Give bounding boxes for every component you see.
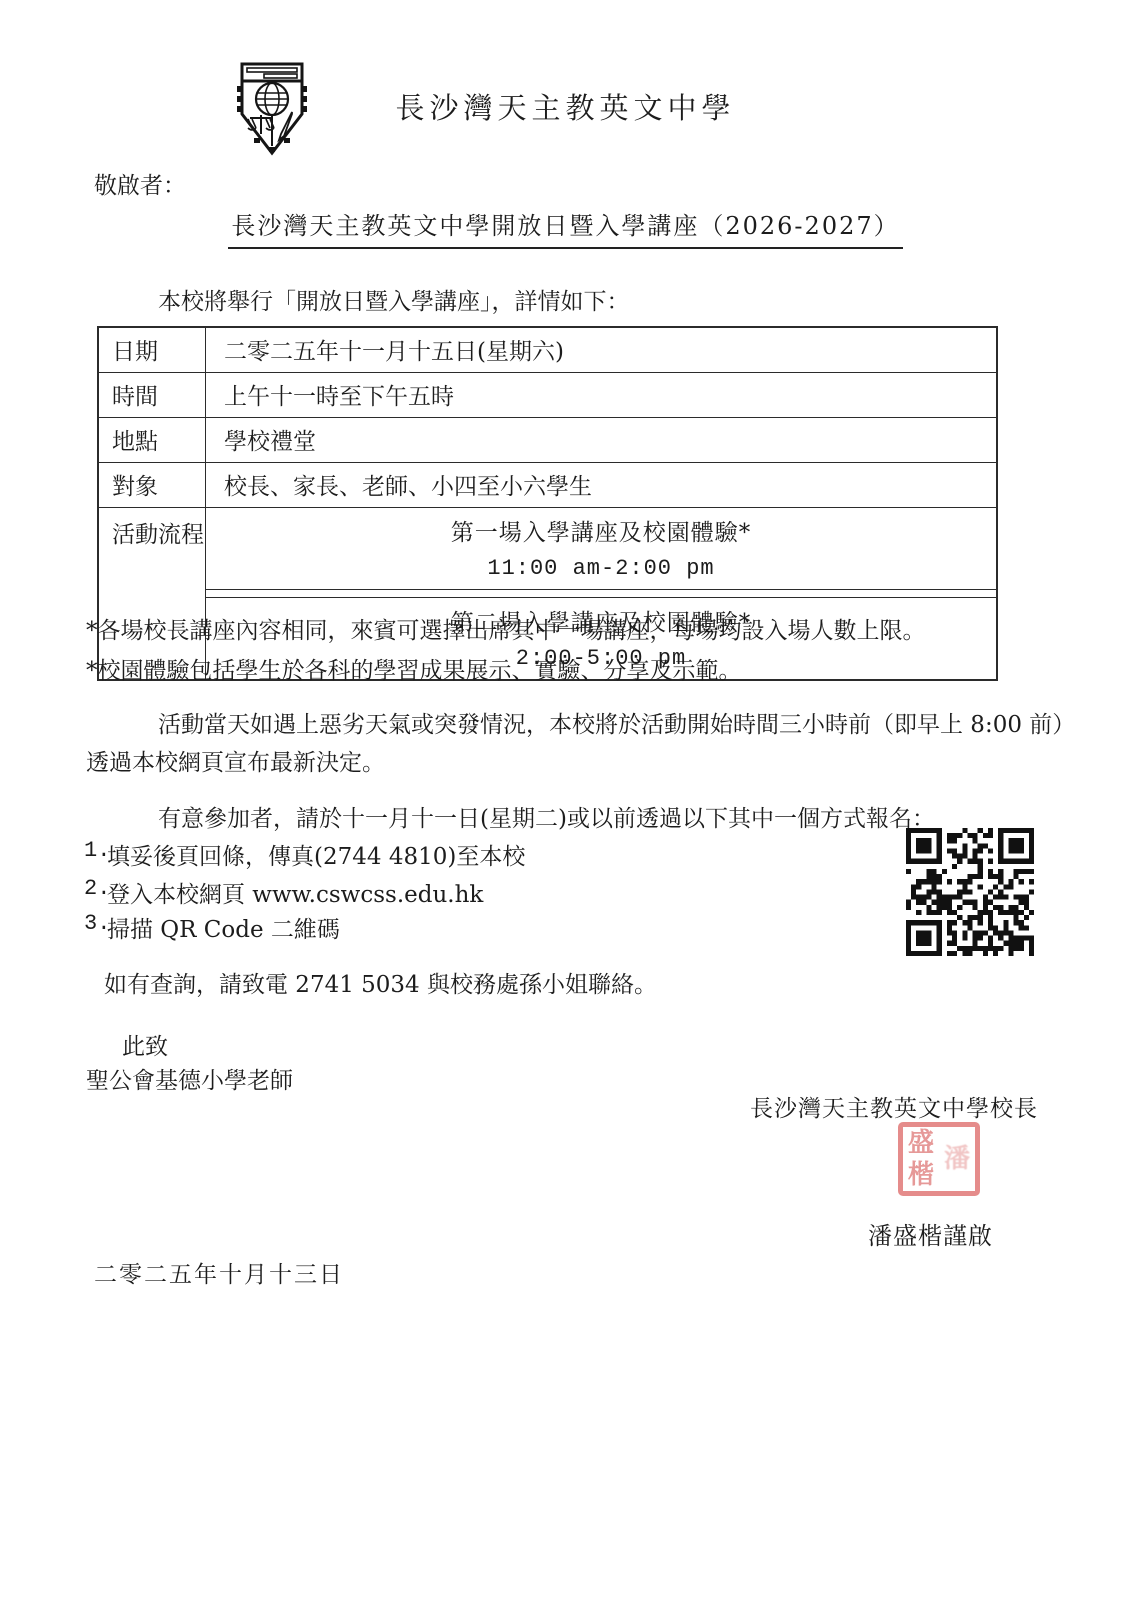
letter-title-text: 長沙灣天主教英文中學開放日暨入學講座（2026-2027）: [228, 206, 902, 249]
footnote-experience: *校園體驗包括學生於各科的學習成果展示、實驗、分享及示範。: [86, 652, 742, 685]
session-1: 第一場入學講座及校園體驗* 11:00 am-2:00 pm: [206, 508, 996, 589]
registration-method-1: 1. 填妥後頁回條，傳真(2744 4810)至本校: [84, 838, 525, 871]
registration-method-2: 2. 登入本校網頁 www.cswcss.edu.hk: [84, 876, 483, 909]
row-value: 上午十一時至下午五時: [206, 373, 996, 417]
letter-page: 長沙灣天主教英文中學 敬啟者： 長沙灣天主教英文中學開放日暨入學講座（2026-…: [0, 0, 1131, 1600]
table-row: 地點 學校禮堂: [99, 418, 996, 463]
method-number: 3.: [84, 911, 107, 944]
row-value: 學校禮堂: [206, 418, 996, 462]
method-text: 掃描 QR Code 二維碼: [107, 911, 340, 944]
letter-date: 二零二五年十月十三日: [94, 1256, 344, 1289]
row-label: 日期: [99, 328, 206, 372]
closing-cizhi: 此致: [122, 1028, 168, 1061]
footnote-talk: *各場校長講座內容相同，來賓可選擇出席其中一場講座，每場均設入場人數上限。: [86, 612, 926, 645]
row-value: 二零二五年十一月十五日(星期六): [206, 328, 996, 372]
method-text: 填妥後頁回條，傳真(2744 4810)至本校: [107, 838, 525, 871]
signer-name: 潘盛楷謹啟: [868, 1216, 993, 1251]
weather-notice-line1: 活動當天如遇上惡劣天氣或突發情況，本校將於活動開始時間三小時前（即早上 8:00…: [158, 706, 1075, 739]
enquiry-line: 如有查詢，請致電 2741 5034 與校務處孫小姐聯絡。: [104, 966, 657, 999]
stamp-char: 盛: [908, 1130, 934, 1156]
table-row: 時間 上午十一時至下午五時: [99, 373, 996, 418]
letter-title: 長沙灣天主教英文中學開放日暨入學講座（2026-2027）: [0, 206, 1131, 249]
qr-code: [906, 828, 1034, 956]
stamp-char: 潘: [944, 1146, 970, 1172]
signer-title: 長沙灣天主教英文中學校長: [750, 1090, 1038, 1123]
row-label: 對象: [99, 463, 206, 507]
school-name: 長沙灣天主教英文中學: [0, 86, 1131, 127]
registration-method-3: 3. 掃描 QR Code 二維碼: [84, 911, 340, 944]
method-number: 1.: [84, 838, 107, 871]
closing-recipient: 聖公會基德小學老師: [86, 1062, 293, 1095]
row-label: 地點: [99, 418, 206, 462]
principal-seal-stamp: 潘 盛 楷: [898, 1122, 980, 1196]
row-label: 時間: [99, 373, 206, 417]
salutation: 敬啟者：: [94, 167, 186, 200]
session-name: 第一場入學講座及校園體驗*: [206, 514, 996, 547]
row-value: 校長、家長、老師、小四至小六學生: [206, 463, 996, 507]
table-row: 日期 二零二五年十一月十五日(星期六): [99, 328, 996, 373]
method-text: 登入本校網頁 www.cswcss.edu.hk: [107, 876, 483, 909]
session-time: 11:00 am-2:00 pm: [206, 556, 996, 581]
session-divider: [206, 589, 996, 598]
table-row: 對象 校長、家長、老師、小四至小六學生: [99, 463, 996, 508]
method-number: 2.: [84, 876, 107, 909]
weather-notice-line2: 透過本校網頁宣布最新決定。: [86, 744, 385, 777]
stamp-char: 楷: [908, 1162, 934, 1188]
intro-line: 本校將舉行「開放日暨入學講座」，詳情如下：: [158, 283, 630, 316]
registration-intro: 有意參加者，請於十一月十一日(星期二)或以前透過以下其中一個方式報名：: [158, 800, 935, 833]
